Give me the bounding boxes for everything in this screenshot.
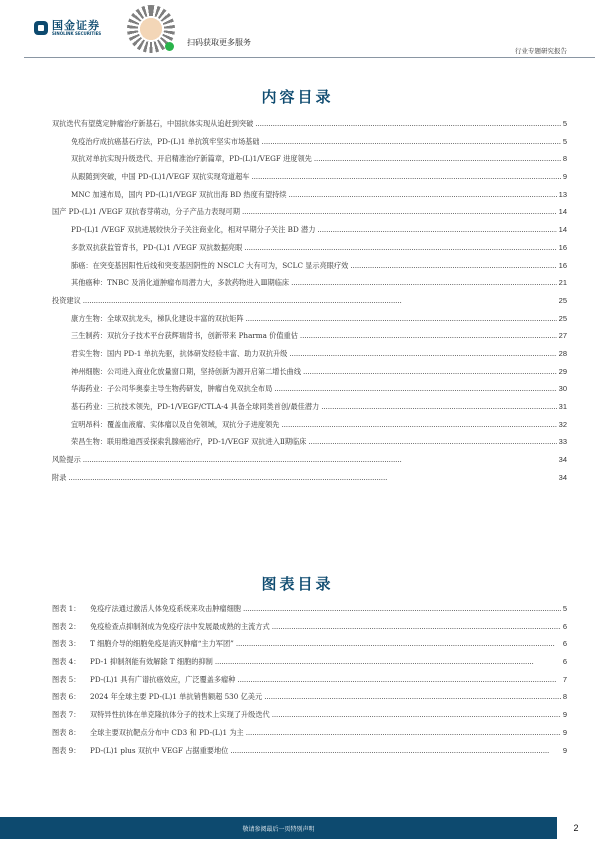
toc-entry-page: 31	[559, 402, 567, 411]
figure-entry-title[interactable]: PD-(L)1 plus 双抗中 VEGF 占据重要地位	[90, 746, 228, 756]
toc-entry-title[interactable]: 附录	[52, 473, 66, 483]
leader-dots	[289, 349, 556, 358]
leader-dots	[230, 746, 561, 755]
figure-entry[interactable]: 图表 5：PD-(L)1 具有广谱抗癌效应，广泛覆盖多瘤种7	[52, 675, 567, 693]
toc-entry[interactable]: 基石药业：三抗技术领先，PD-1/VEGF/CTLA-4 具备全球同类首创/最佳…	[52, 402, 567, 420]
toc-entry-page: 9	[563, 172, 567, 181]
leader-dots	[308, 437, 556, 446]
toc-entry-title[interactable]: MNC 加速布局，国内 PD-(L)1/VEGF 双抗出海 BD 热度有望持续	[71, 190, 287, 200]
leader-dots	[317, 225, 556, 234]
toc-entry-page: 21	[559, 278, 567, 287]
logo-chinese-name: 国金证券	[52, 20, 101, 31]
toc-entry[interactable]: 君实生物：国内 PD-1 单抗先驱，抗体研发经验丰富、助力双抗升级28	[52, 349, 567, 367]
leader-dots	[281, 420, 556, 429]
leader-dots	[262, 137, 561, 146]
toc-entry-page: 16	[559, 261, 567, 270]
leader-dots	[272, 710, 561, 719]
leader-dots	[246, 314, 557, 323]
toc-entry[interactable]: 多款双抗获监管背书，PD-(L)1 /VEGF 双抗数据亮眼16	[52, 243, 567, 261]
toc-entry-page: 33	[559, 437, 567, 446]
logo-mark-icon	[34, 21, 48, 35]
footer-disclaimer[interactable]: 敬请参阅最后一页特别声明	[0, 824, 557, 833]
figure-entry-title[interactable]: 免疫检查点抑制剂成为免疫疗法中发展最成熟的主流方式	[90, 622, 270, 632]
toc-entry[interactable]: 风险提示34	[52, 455, 567, 473]
leader-dots	[272, 622, 561, 631]
figure-entry-page: 7	[563, 675, 567, 684]
toc-entry-title[interactable]: 华海药业：子公司华奥泰主导生物药研发，肿瘤自免双抗全布局	[71, 384, 272, 394]
toc-entry[interactable]: 荣昌生物：联用维迪西妥探索乳腺癌治疗，PD-1/VEGF 双抗进入Ⅱ期临床33	[52, 437, 567, 455]
figure-entry-page: 8	[563, 692, 567, 701]
header-divider	[24, 57, 595, 58]
figure-label: 图表 2：	[52, 622, 90, 632]
toc-entry-page: 14	[559, 207, 567, 216]
toc-entry[interactable]: 神州细胞：公司进入商业化放量窗口期，坚持创新为源开启第二增长曲线29	[52, 367, 567, 385]
toc-entry-title[interactable]: 免疫治疗成抗癌基石疗法，PD-(L)1 单抗筑牢坚实市场基础	[71, 137, 260, 147]
toc-entry[interactable]: 国产 PD-(L)1 /VEGF 双抗春芽萌动，分子产品力表现可期14	[52, 207, 567, 225]
toc-entry-title[interactable]: 双抗迭代有望奠定肿瘤治疗新基石，中国抗体实现从追赶到突破	[52, 119, 253, 129]
leader-dots	[236, 639, 561, 648]
report-type: 行业专题研究报告	[515, 46, 567, 55]
toc-entry-page: 14	[559, 225, 567, 234]
toc-entry-title[interactable]: 多款双抗获监管背书，PD-(L)1 /VEGF 双抗数据亮眼	[71, 243, 242, 253]
toc-entry-page: 34	[559, 455, 567, 464]
figure-entry-title[interactable]: PD-(L)1 具有广谱抗癌效应，广泛覆盖多瘤种	[90, 675, 235, 685]
toc-entry-page: 27	[559, 331, 567, 340]
toc-entry-title[interactable]: 双抗对单抗实现升级迭代、开启精准治疗新篇章，PD-(L)1/VEGF 进度领先	[71, 154, 312, 164]
leader-dots	[246, 728, 561, 737]
toc-entry[interactable]: 附录34	[52, 473, 567, 491]
figure-entry-page: 6	[563, 639, 567, 648]
figures-title: 图表目录	[0, 573, 595, 594]
figure-entry[interactable]: 图表 9：PD-(L)1 plus 双抗中 VEGF 占据重要地位9	[52, 746, 567, 764]
toc-entry-page: 32	[559, 420, 567, 429]
figure-entry-title[interactable]: 2024 年全球主要 PD-(L)1 单抗销售额超 530 亿美元	[90, 692, 262, 702]
page-header: 国金证券 SINOLINK SECURITIES 扫码获取更多服务 行业专题研究…	[0, 0, 595, 58]
toc-entry[interactable]: 投资建议25	[52, 296, 567, 314]
toc-entry[interactable]: 宜明昂科：覆盖血液瘤、实体瘤以及自免领域，双抗分子进度领先32	[52, 420, 567, 438]
figure-entry-page: 5	[563, 604, 567, 613]
leader-dots	[68, 473, 556, 482]
toc-entry[interactable]: MNC 加速布局，国内 PD-(L)1/VEGF 双抗出海 BD 热度有望持续1…	[52, 190, 567, 208]
toc-entry-title[interactable]: 荣昌生物：联用维迪西妥探索乳腺癌治疗，PD-1/VEGF 双抗进入Ⅱ期临床	[71, 437, 306, 447]
toc-entry-page: 30	[559, 384, 567, 393]
leader-dots	[83, 455, 557, 464]
figure-entry[interactable]: 图表 7：双特异性抗体在单克隆抗体分子的技术上实现了升级迭代9	[52, 710, 567, 728]
figure-entry-page: 9	[563, 728, 567, 737]
figure-entry-page: 6	[563, 657, 567, 666]
wechat-badge-icon	[165, 42, 174, 51]
page-number: 2	[557, 817, 595, 839]
toc-entry-page: 5	[563, 119, 567, 128]
figure-entry[interactable]: 图表 2：免疫检查点抑制剂成为免疫疗法中发展最成熟的主流方式6	[52, 622, 567, 640]
toc-entry-title[interactable]: 基石药业：三抗技术领先，PD-1/VEGF/CTLA-4 具备全球同类首创/最佳…	[71, 402, 319, 412]
figure-entry-page: 9	[563, 746, 567, 755]
leader-dots	[350, 261, 556, 270]
toc-entry-page: 34	[559, 473, 567, 482]
figure-label: 图表 5：	[52, 675, 90, 685]
figure-entry-page: 9	[563, 710, 567, 719]
figure-entry-title[interactable]: 全球主要双抗靶点分布中 CD3 和 PD-(L)1 为主	[90, 728, 244, 738]
toc-entry-title[interactable]: 投资建议	[52, 296, 81, 306]
toc-entry-title[interactable]: 其他癌种：TNBC 及消化道肿瘤布局潜力大，多款药物进入Ⅲ期临床	[71, 278, 289, 288]
toc-entry[interactable]: 三生制药：双抗分子技术平台获辉瑞背书，创新带来 Pharma 价值重估27	[52, 331, 567, 349]
toc-title: 内容目录	[0, 86, 595, 107]
toc-entry-title[interactable]: PD-(L)1 /VEGF 双抗进展较快分子关注商业化，相对早期分子关注 BD …	[71, 225, 315, 235]
toc-entry-title[interactable]: 国产 PD-(L)1 /VEGF 双抗春芽萌动，分子产品力表现可期	[52, 207, 240, 217]
figure-entry[interactable]: 图表 8：全球主要双抗靶点分布中 CD3 和 PD-(L)1 为主9	[52, 728, 567, 746]
table-of-contents: 双抗迭代有望奠定肿瘤治疗新基石，中国抗体实现从追赶到突破5免疫治疗成抗癌基石疗法…	[52, 119, 567, 490]
figure-label: 图表 8：	[52, 728, 90, 738]
toc-entry-title[interactable]: 宜明昂科：覆盖血液瘤、实体瘤以及自免领域，双抗分子进度领先	[71, 420, 279, 430]
toc-entry-title[interactable]: 君实生物：国内 PD-1 单抗先驱，抗体研发经验丰富、助力双抗升级	[71, 349, 287, 359]
figure-label: 图表 9：	[52, 746, 90, 756]
figure-entry[interactable]: 图表 4：PD-1 抑制剂能有效解除 T 细胞的抑制6	[52, 657, 567, 675]
toc-entry-page: 25	[559, 314, 567, 323]
figure-label: 图表 1：	[52, 604, 90, 614]
toc-entry-title[interactable]: 神州细胞：公司进入商业化放量窗口期，坚持创新为源开启第二增长曲线	[71, 367, 301, 377]
leader-dots	[291, 278, 557, 287]
leader-dots	[300, 331, 557, 340]
toc-entry[interactable]: 肺癌：在突变基因阳性后线和突变基因阴性的 NSCLC 大有可为，SCLC 显示亮…	[52, 261, 567, 279]
toc-entry-title[interactable]: 风险提示	[52, 455, 81, 465]
leader-dots	[303, 367, 557, 376]
leader-dots	[215, 657, 561, 666]
leader-dots	[314, 154, 561, 163]
leader-dots	[255, 119, 561, 128]
toc-entry-title[interactable]: 三生制药：双抗分子技术平台获辉瑞背书，创新带来 Pharma 价值重估	[71, 331, 298, 341]
figure-label: 图表 4：	[52, 657, 90, 667]
figure-entry-title[interactable]: 免疫疗法通过激活人体免疫系统来攻击肿瘤细胞	[90, 604, 241, 614]
leader-dots	[237, 675, 560, 684]
leader-dots	[243, 604, 561, 613]
toc-entry[interactable]: 华海药业：子公司华奥泰主导生物药研发，肿瘤自免双抗全布局30	[52, 384, 567, 402]
figure-entry-title[interactable]: T 细胞介导的细胞免疫是消灭肿瘤“主力军团”	[90, 639, 234, 649]
toc-entry-page: 16	[559, 243, 567, 252]
leader-dots	[83, 296, 557, 305]
toc-entry[interactable]: PD-(L)1 /VEGF 双抗进展较快分子关注商业化，相对早期分子关注 BD …	[52, 225, 567, 243]
toc-entry-page: 5	[563, 137, 567, 146]
toc-entry[interactable]: 双抗迭代有望奠定肿瘤治疗新基石，中国抗体实现从追赶到突破5	[52, 119, 567, 137]
logo-english-name: SINOLINK SECURITIES	[52, 32, 101, 36]
figure-label: 图表 6：	[52, 692, 90, 702]
leader-dots	[244, 243, 556, 252]
toc-entry[interactable]: 康方生物：全球双抗龙头，梯队化建设丰富的双抗矩阵25	[52, 314, 567, 332]
leader-dots	[289, 190, 557, 199]
figure-entry-title[interactable]: 双特异性抗体在单克隆抗体分子的技术上实现了升级迭代	[90, 710, 270, 720]
leader-dots	[321, 402, 556, 411]
list-of-figures: 图表 1：免疫疗法通过激活人体免疫系统来攻击肿瘤细胞5图表 2：免疫检查点抑制剂…	[52, 604, 567, 763]
page-footer: 敬请参阅最后一页特别声明 2	[0, 817, 595, 839]
leader-dots	[264, 692, 561, 701]
toc-entry[interactable]: 其他癌种：TNBC 及消化道肿瘤布局潜力大，多款药物进入Ⅲ期临床21	[52, 278, 567, 296]
figure-label: 图表 3：	[52, 639, 90, 649]
toc-entry-title[interactable]: 康方生物：全球双抗龙头，梯队化建设丰富的双抗矩阵	[71, 314, 244, 324]
figure-entry-title[interactable]: PD-1 抑制剂能有效解除 T 细胞的抑制	[90, 657, 213, 667]
toc-entry[interactable]: 从跟随到突破，中国 PD-(L)1/VEGF 双抗实现弯道超车9	[52, 172, 567, 190]
figure-entry[interactable]: 图表 6：2024 年全球主要 PD-(L)1 单抗销售额超 530 亿美元8	[52, 692, 567, 710]
toc-entry[interactable]: 双抗对单抗实现升级迭代、开启精准治疗新篇章，PD-(L)1/VEGF 进度领先8	[52, 154, 567, 172]
toc-entry-page: 25	[559, 296, 567, 305]
toc-entry-title[interactable]: 肺癌：在突变基因阳性后线和突变基因阴性的 NSCLC 大有可为，SCLC 显示亮…	[71, 261, 348, 271]
figure-entry-page: 6	[563, 622, 567, 631]
leader-dots	[251, 172, 560, 181]
toc-entry-title[interactable]: 从跟随到突破，中国 PD-(L)1/VEGF 双抗实现弯道超车	[71, 172, 249, 182]
figure-label: 图表 7：	[52, 710, 90, 720]
toc-entry[interactable]: 免疫治疗成抗癌基石疗法，PD-(L)1 单抗筑牢坚实市场基础5	[52, 137, 567, 155]
company-logo: 国金证券 SINOLINK SECURITIES	[34, 20, 101, 36]
toc-entry-page: 29	[559, 367, 567, 376]
toc-entry-page: 8	[563, 154, 567, 163]
leader-dots	[274, 384, 556, 393]
qr-caption: 扫码获取更多服务	[187, 37, 251, 48]
figure-entry[interactable]: 图表 1：免疫疗法通过激活人体免疫系统来攻击肿瘤细胞5	[52, 604, 567, 622]
figure-entry[interactable]: 图表 3：T 细胞介导的细胞免疫是消灭肿瘤“主力军团”6	[52, 639, 567, 657]
leader-dots	[242, 207, 557, 216]
toc-entry-page: 13	[559, 190, 567, 199]
toc-entry-page: 28	[559, 349, 567, 358]
